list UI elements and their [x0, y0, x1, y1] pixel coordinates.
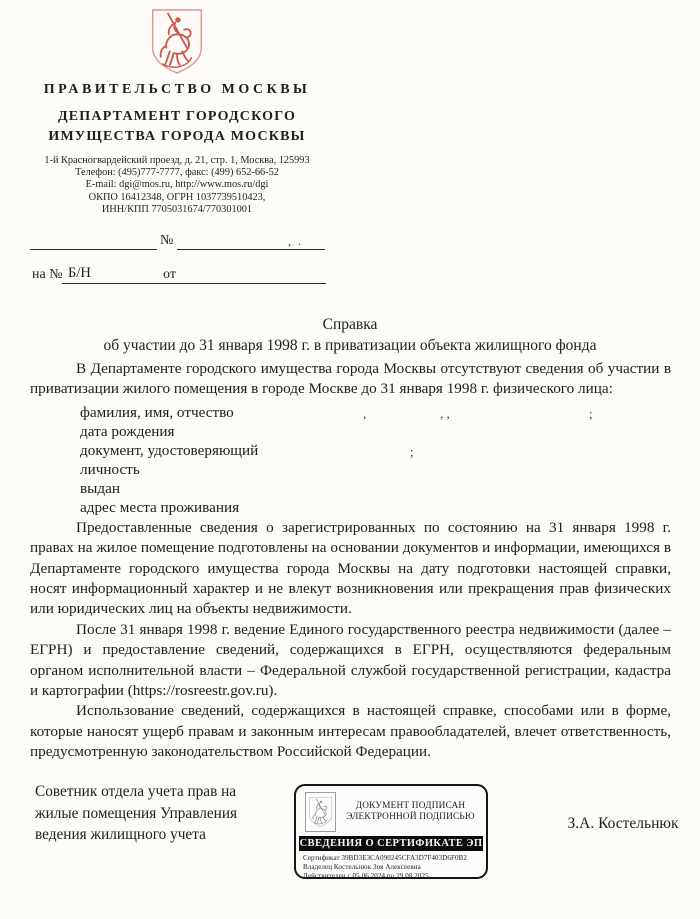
- email-website: E-mail: dgi@mos.ru, http://www.mos.ru/dg…: [10, 179, 344, 191]
- redacted-mark: ,: [363, 404, 366, 423]
- paragraph-egrn-notice: После 31 января 1998 г. ведение Единого …: [30, 620, 671, 702]
- department-name-line1: ДЕПАРТАМЕНТ ГОРОДСКОГО: [10, 108, 344, 126]
- field-label: адрес места проживания: [80, 499, 239, 516]
- incoming-number-value: Б/Н: [68, 265, 91, 282]
- on-number-label: на №: [32, 267, 63, 283]
- stamp-coat-of-arms-icon: [305, 792, 336, 832]
- stamp-signed-text: ДОКУМЕНТ ПОДПИСАН ЭЛЕКТРОННОЙ ПОДПИСЬЮ: [345, 801, 476, 824]
- electronic-signature-stamp: ДОКУМЕНТ ПОДПИСАН ЭЛЕКТРОННОЙ ПОДПИСЬЮ С…: [294, 784, 488, 879]
- redacted-mark: ;: [410, 442, 414, 461]
- certificate-validity: Действителен с 05.06.2024 по 29.08.2025: [303, 872, 486, 881]
- field-label: документ, удостоверяющий: [80, 442, 258, 459]
- field-residence-address: адрес места проживания: [80, 498, 671, 517]
- document-page: ПРАВИТЕЛЬСТВО МОСКВЫ ДЕПАРТАМЕНТ ГОРОДСК…: [0, 0, 700, 919]
- moscow-coat-of-arms-gray-icon: [308, 796, 333, 828]
- postal-address: 1-й Красногвардейский проезд, д. 21, стр…: [10, 155, 344, 167]
- field-label: выдан: [80, 480, 120, 497]
- phone-fax: Телефон: (495)777-7777, факс: (499) 652-…: [10, 167, 344, 179]
- certificate-number: Сертификат 39BD3E3CA090245CFA3D7F403D6F0…: [303, 854, 486, 863]
- signer-job-title: Советник отдела учета прав на жилые поме…: [35, 781, 279, 846]
- redacted-mark: , ,: [440, 404, 450, 423]
- stamp-signed-line1: ДОКУМЕНТ ПОДПИСАН: [345, 801, 476, 813]
- person-fields-list: фамилия, имя, отчество , , , ; дата рожд…: [80, 403, 671, 517]
- field-issued-by: выдан: [80, 479, 671, 498]
- field-identity: личность: [80, 460, 671, 479]
- from-label: от: [163, 267, 176, 283]
- date-blank-line: [30, 236, 157, 250]
- contact-block: 1-й Красногвардейский проезд, д. 21, стр…: [10, 155, 344, 216]
- field-label: личность: [80, 461, 140, 478]
- field-birth-date: дата рождения: [80, 422, 671, 441]
- stamp-certificate-details: Сертификат 39BD3E3CA090245CFA3D7F403D6F0…: [296, 851, 486, 882]
- paragraph-information-nature: Предоставленные сведения о зарегистриров…: [30, 518, 671, 620]
- signer-name: З.А. Костельнюк: [543, 815, 700, 833]
- field-identity-document: документ, удостоверяющий ;: [80, 441, 671, 460]
- document-title-block: Справка об участии до 31 января 1998 г. …: [0, 316, 700, 355]
- field-label: дата рождения: [80, 423, 174, 440]
- redacted-marks: , .: [288, 234, 303, 249]
- document-title: Справка: [0, 316, 700, 334]
- inn-kpp: ИНН/КПП 7705031674/770301001: [10, 204, 344, 216]
- field-full-name: фамилия, имя, отчество , , , ;: [80, 403, 671, 422]
- letterhead: ПРАВИТЕЛЬСТВО МОСКВЫ ДЕПАРТАМЕНТ ГОРОДСК…: [10, 8, 344, 216]
- stamp-signed-line2: ЭЛЕКТРОННОЙ ПОДПИСЬЮ: [345, 812, 476, 824]
- moscow-coat-of-arms-icon: [150, 8, 204, 75]
- government-title: ПРАВИТЕЛЬСТВО МОСКВЫ: [10, 82, 344, 98]
- certificate-owner: Владелец Костельнюк Зоя Алексеевна: [303, 863, 486, 872]
- incoming-number-row: на № Б/Н от: [32, 266, 352, 286]
- outgoing-number-row: № , .: [30, 232, 350, 252]
- paragraph-absence-statement: В Департаменте городского имущества горо…: [30, 359, 671, 400]
- redacted-mark: ;: [589, 404, 593, 423]
- from-date-blank-line: [180, 270, 326, 284]
- document-body: В Департаменте городского имущества горо…: [30, 359, 671, 763]
- number-sign-label: №: [160, 233, 173, 249]
- document-subtitle: об участии до 31 января 1998 г. в приват…: [0, 337, 700, 355]
- stamp-header: ДОКУМЕНТ ПОДПИСАН ЭЛЕКТРОННОЙ ПОДПИСЬЮ: [296, 786, 486, 835]
- department-name-line2: ИМУЩЕСТВА ГОРОДА МОСКВЫ: [10, 128, 344, 146]
- okpo-ogrn: ОКПО 16412348, ОГРН 1037739510423,: [10, 192, 344, 204]
- field-label: фамилия, имя, отчество: [80, 404, 234, 421]
- paragraph-liability-notice: Использование сведений, содержащихся в н…: [30, 701, 671, 762]
- stamp-certificate-band: СВЕДЕНИЯ О СЕРТИФИКАТЕ ЭП: [299, 836, 483, 851]
